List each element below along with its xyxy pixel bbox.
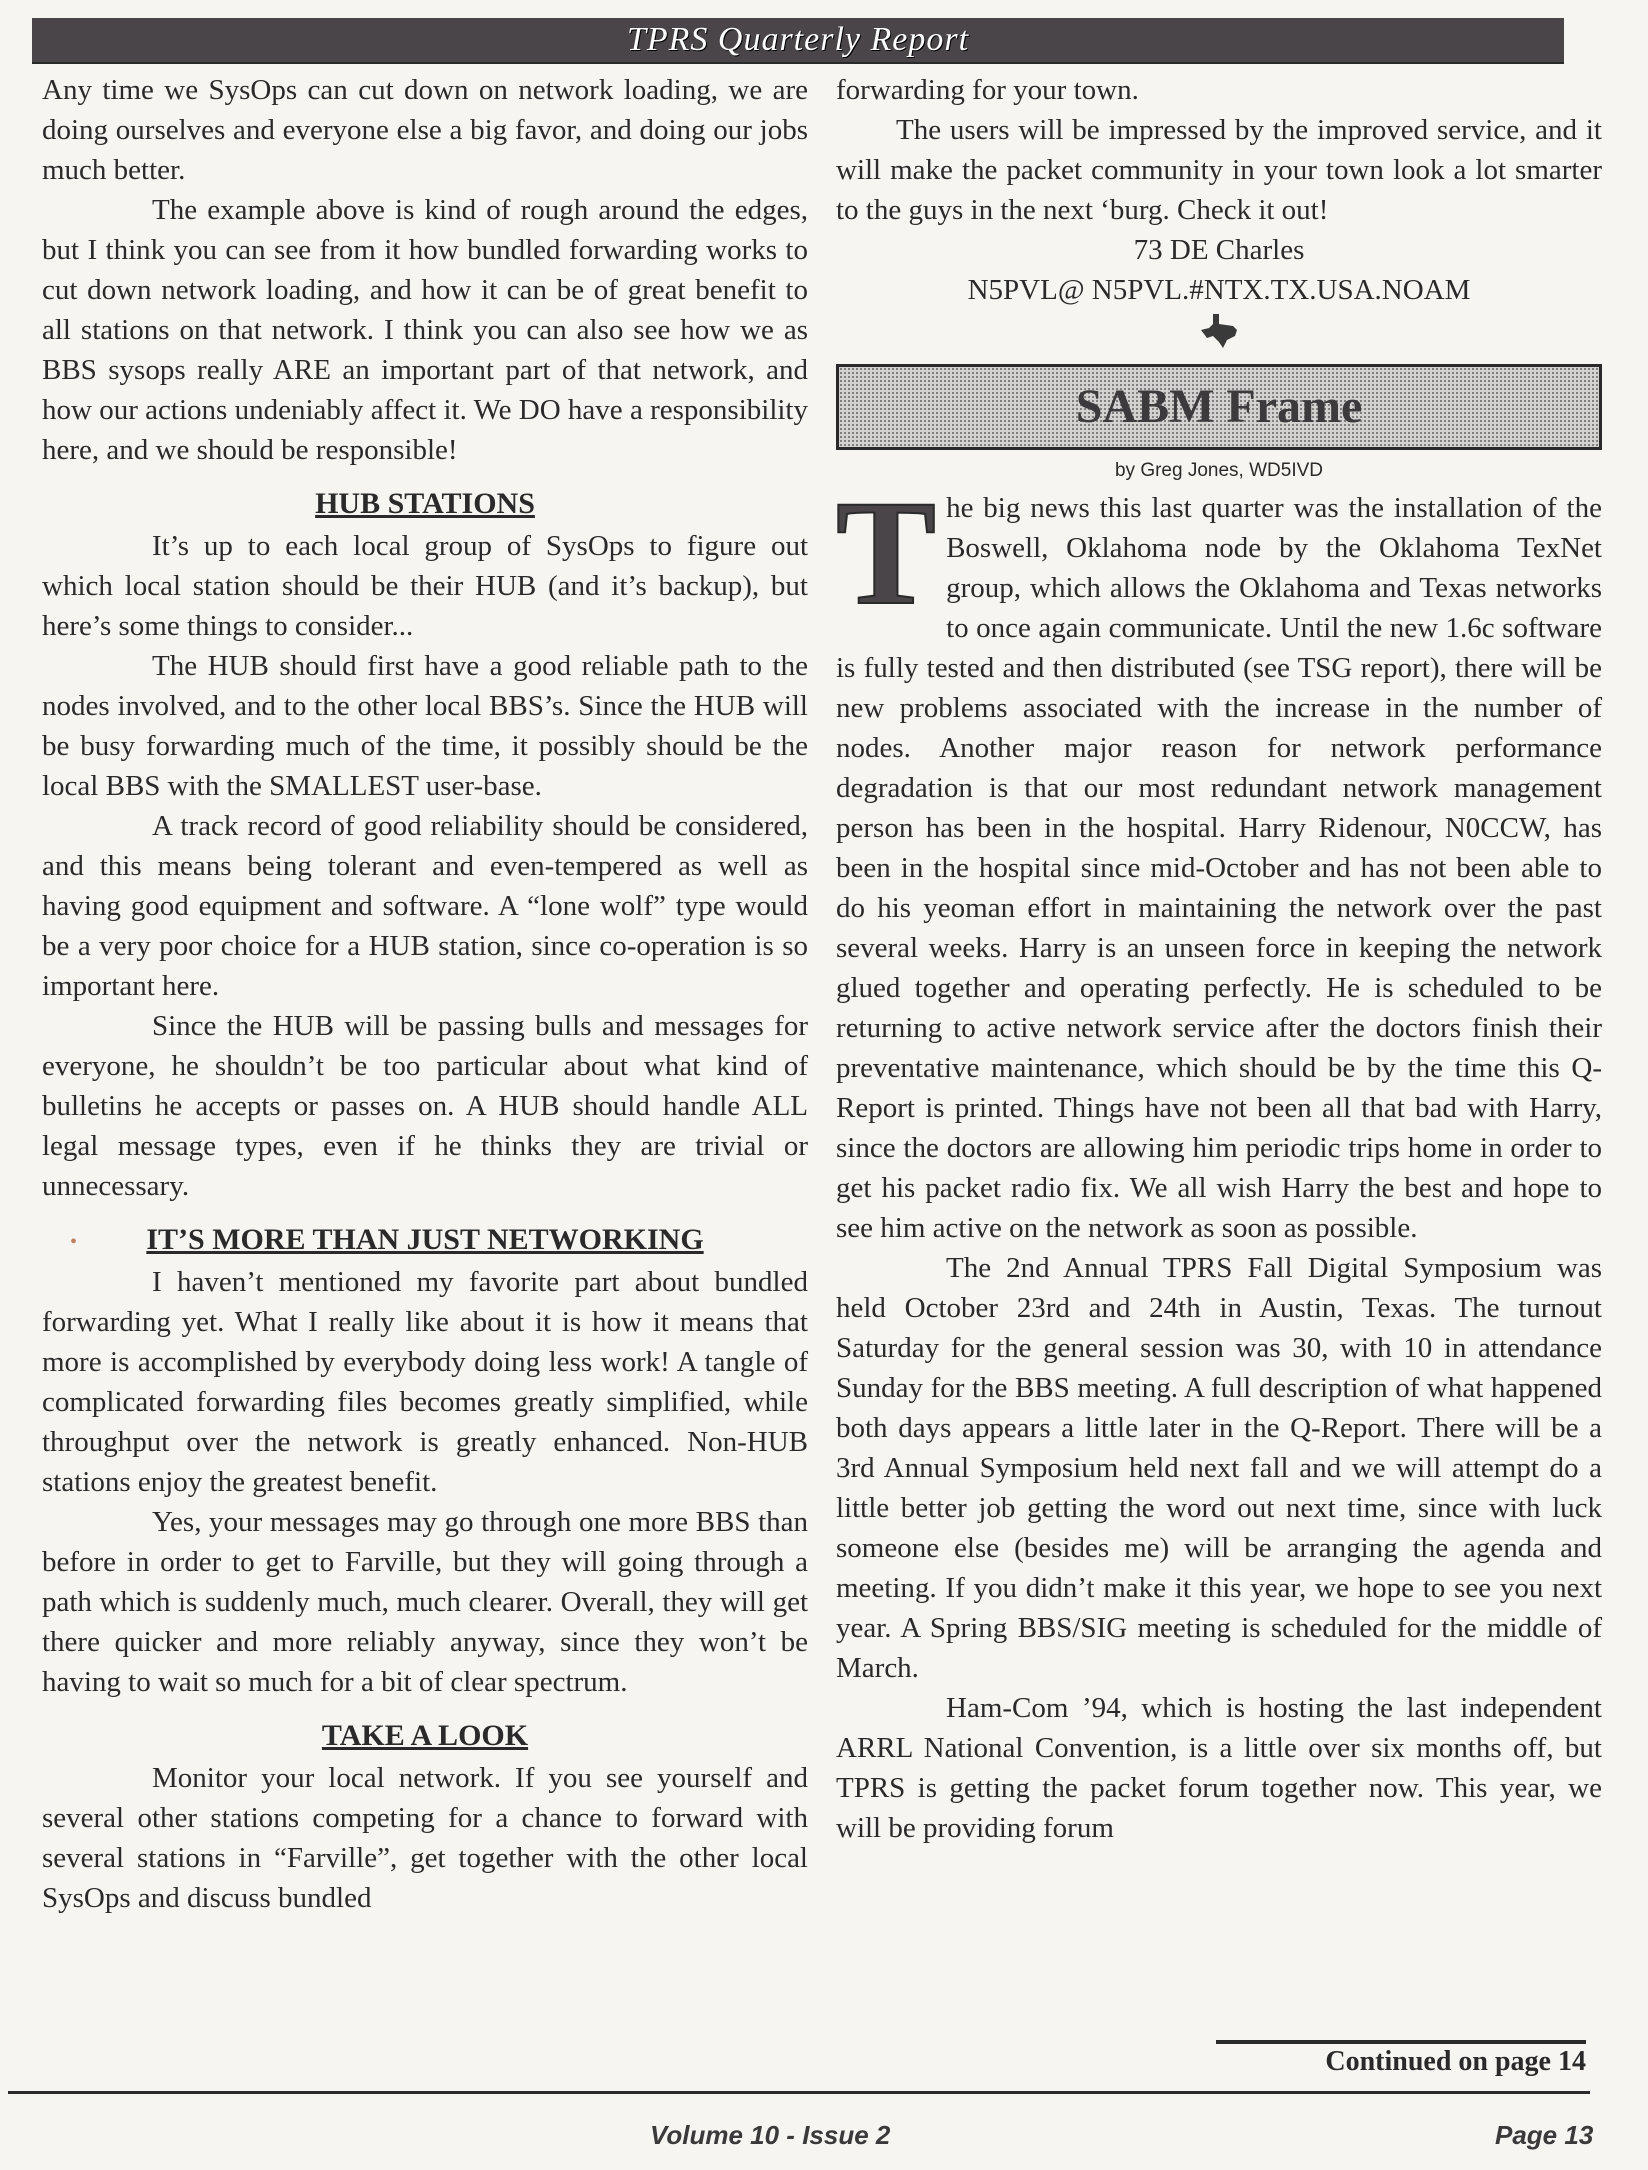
texas-icon <box>1199 314 1239 348</box>
section-title: SABM Frame <box>1076 387 1363 427</box>
continued-notice: Continued on page 14 <box>1216 2040 1586 2080</box>
masthead-title: TPRS Quarterly Report <box>627 21 969 59</box>
masthead-title-bar: TPRS Quarterly Report <box>32 18 1564 64</box>
paragraph: Yes, your messages may go through one mo… <box>42 1502 808 1702</box>
paragraph: Ham-Com ’94, which is hosting the last i… <box>836 1688 1602 1848</box>
packet-address: N5PVL@ N5PVL.#NTX.TX.USA.NOAM <box>836 270 1602 310</box>
heading-more-wrapper: • IT’S MORE THAN JUST NETWORKING <box>42 1220 808 1260</box>
section-header-box: SABM Frame <box>836 364 1602 450</box>
paragraph: Since the HUB will be passing bulls and … <box>42 1006 808 1206</box>
footer-page-number: Page 13 <box>1495 2120 1593 2151</box>
paragraph: The big news this last quarter was the i… <box>836 488 1602 1248</box>
paragraph: forwarding for your town. <box>836 70 1602 110</box>
heading-hub-stations: HUB STATIONS <box>42 484 808 524</box>
paragraph: I haven’t mentioned my favorite part abo… <box>42 1262 808 1502</box>
paragraph: The 2nd Annual TPRS Fall Digital Symposi… <box>836 1248 1602 1688</box>
paragraph: Any time we SysOps can cut down on netwo… <box>42 70 808 190</box>
signoff: 73 DE Charles <box>836 230 1602 270</box>
footer-divider <box>8 2091 1590 2094</box>
bullet-icon: • <box>70 1222 77 1262</box>
left-column: Any time we SysOps can cut down on netwo… <box>42 70 808 1918</box>
paragraph-text: he big news this last quarter was the in… <box>836 492 1602 1244</box>
paragraph: Monitor your local network. If you see y… <box>42 1758 808 1918</box>
right-column: forwarding for your town. The users will… <box>836 70 1602 1848</box>
byline: by Greg Jones, WD5IVD <box>836 458 1602 484</box>
paragraph: The users will be impressed by the impro… <box>836 110 1602 230</box>
heading-more-than-networking: IT’S MORE THAN JUST NETWORKING <box>42 1220 808 1260</box>
paragraph: The example above is kind of rough aroun… <box>42 190 808 470</box>
paragraph: A track record of good reliability shoul… <box>42 806 808 1006</box>
drop-cap: T <box>836 494 936 614</box>
heading-take-a-look: TAKE A LOOK <box>42 1716 808 1756</box>
footer-issue: Volume 10 - Issue 2 <box>650 2120 890 2151</box>
paragraph: The HUB should first have a good reliabl… <box>42 646 808 806</box>
paragraph: It’s up to each local group of SysOps to… <box>42 526 808 646</box>
